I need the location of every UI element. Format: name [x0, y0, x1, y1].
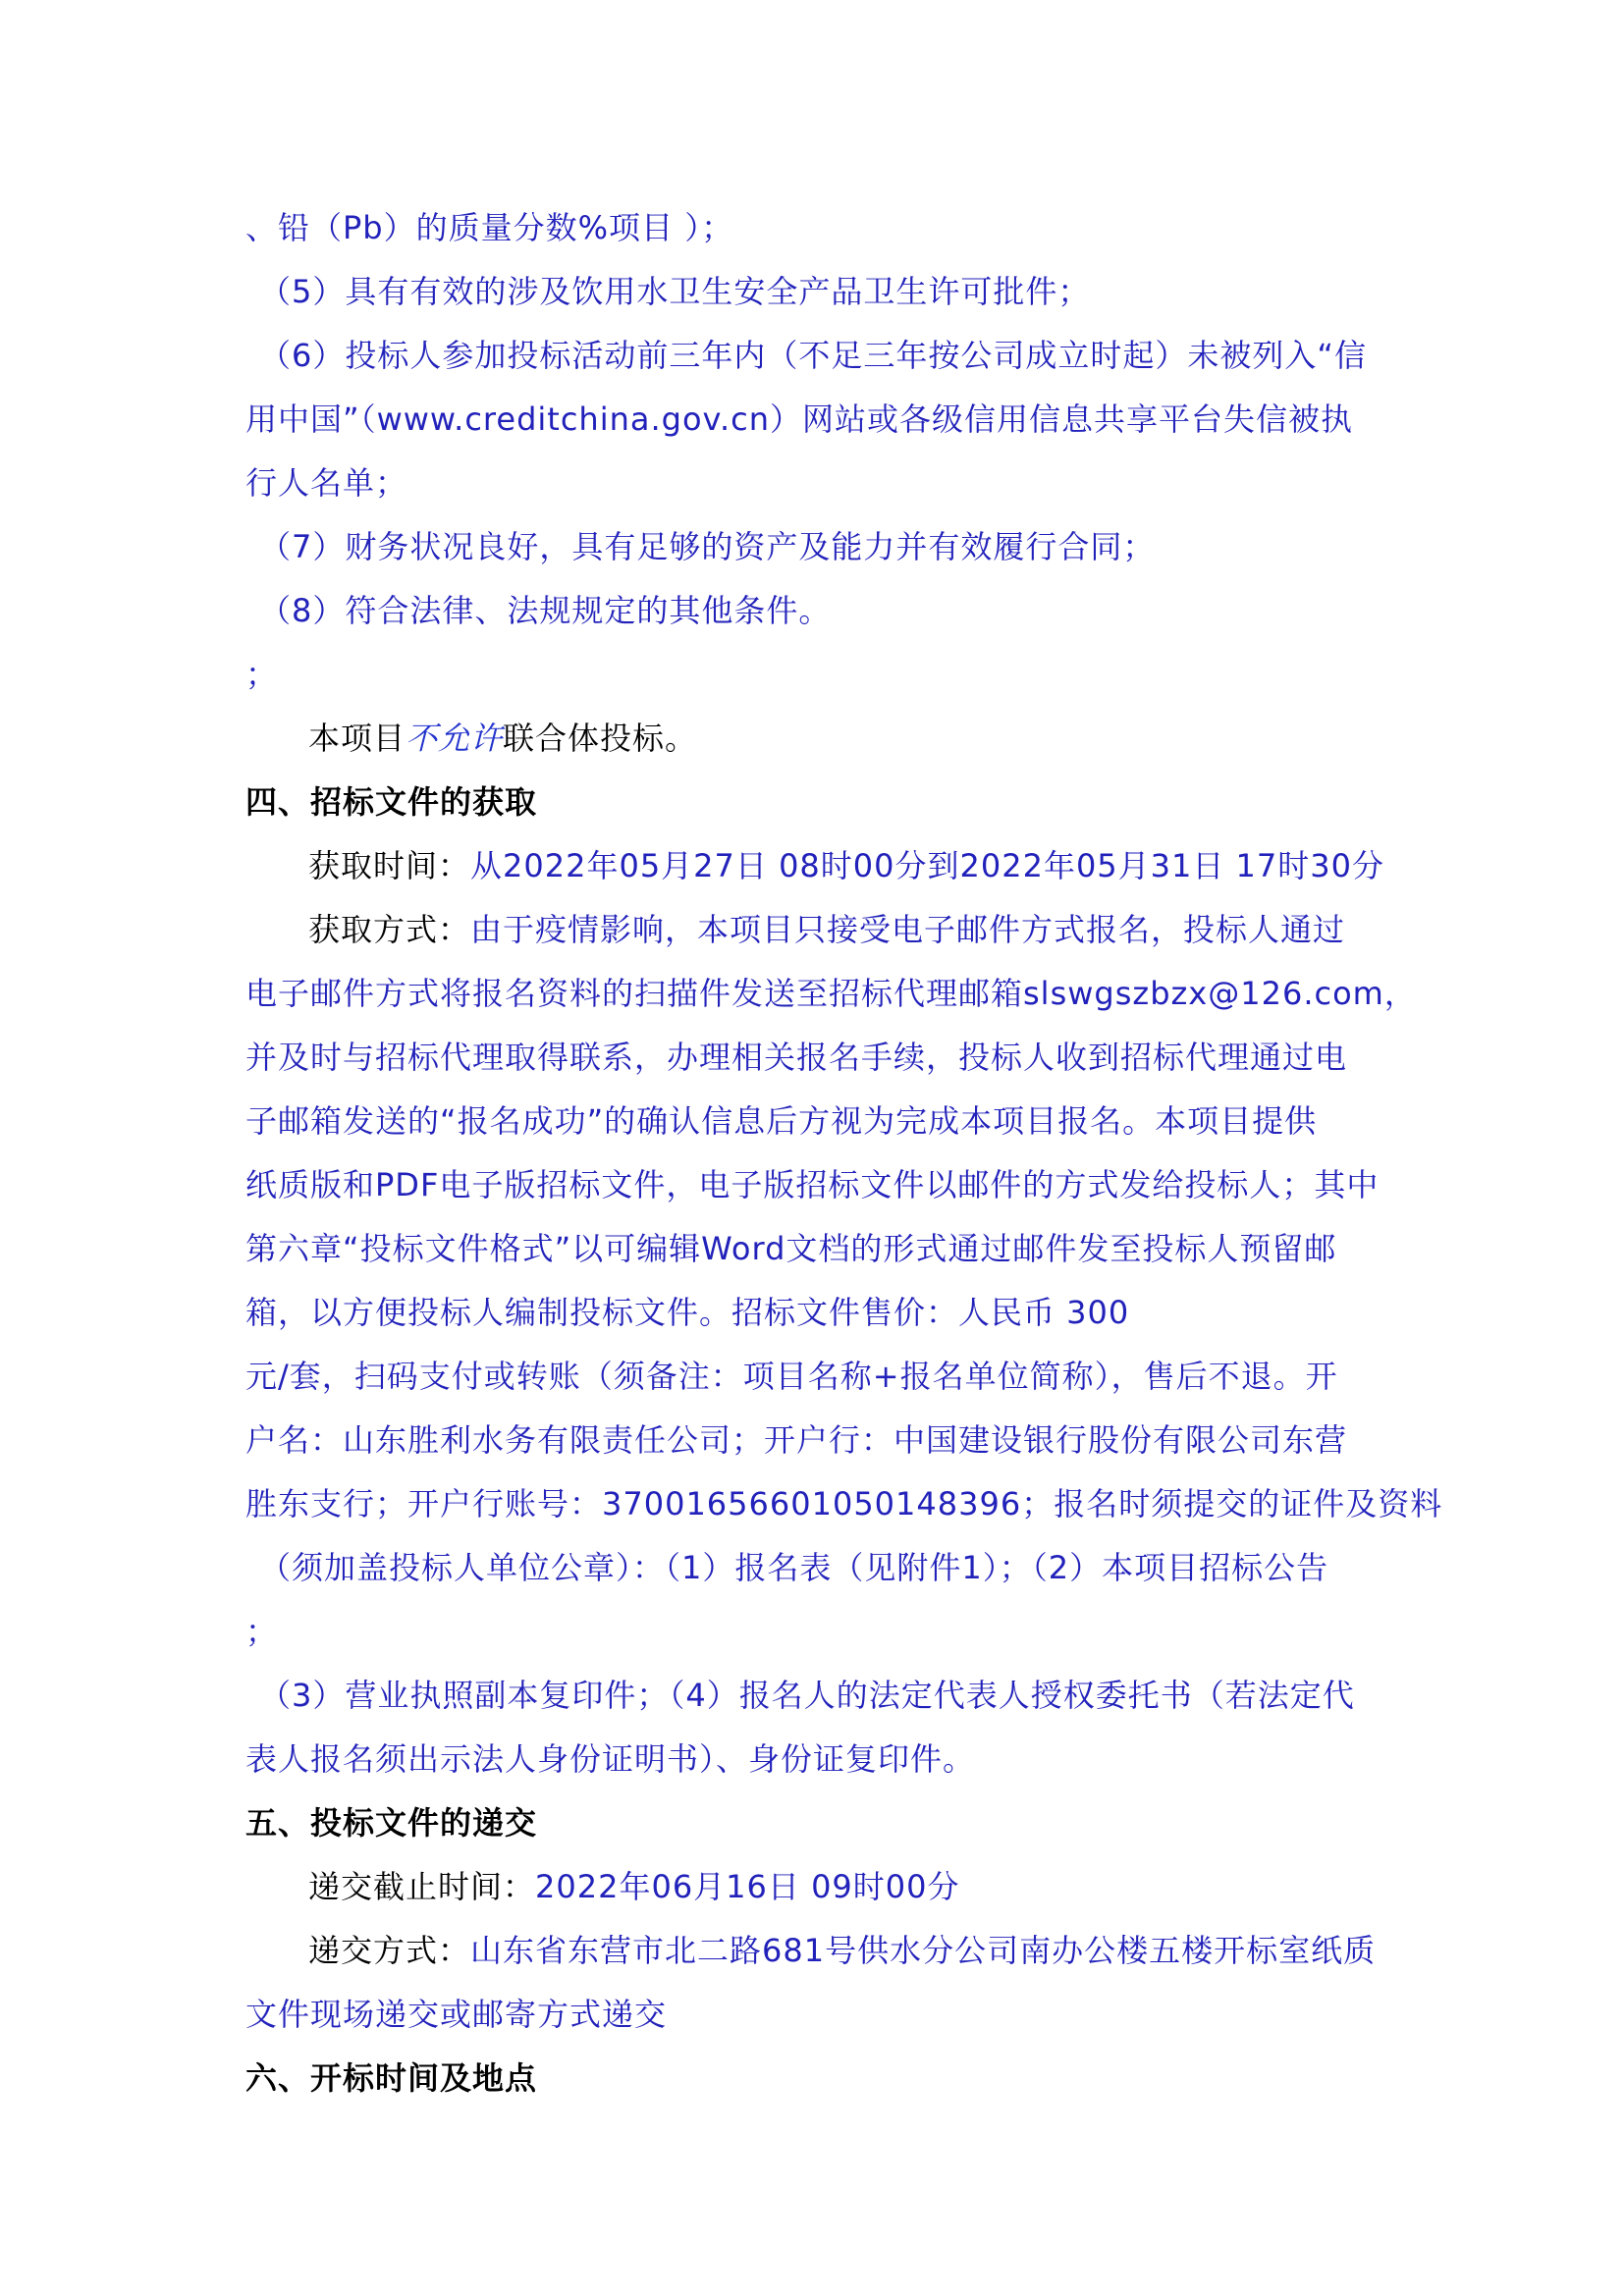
text-segment: ； [245, 656, 278, 693]
document-page: 、铅（Pb）的质量分数%项目 ）；（5）具有有效的涉及饮用水卫生安全产品卫生许可… [0, 0, 1624, 2296]
text-segment: 递交方式： [308, 1932, 470, 1969]
text-segment: 递交截止时间： [308, 1868, 535, 1905]
text-segment: 电子邮件方式将报名资料的扫描件发送至招标代理邮箱slswgszbzx@126.c… [245, 975, 1417, 1012]
document-line: （6）投标人参加投标活动前三年内（不足三年按公司成立时起）未被列入“信 [245, 324, 1473, 388]
document-line: 递交截止时间：2022年06月16日 09时00分 [245, 1855, 1473, 1919]
text-segment: 、铅（Pb）的质量分数%项目 ）； [245, 209, 733, 246]
text-segment: 山东省东营市北二路681号供水分公司南办公楼五楼开标室纸质 [470, 1932, 1376, 1969]
text-segment: 表人报名须出示法人身份证明书）、身份证复印件。 [245, 1740, 975, 1778]
document-line: 并及时与招标代理取得联系，办理相关报名手续，投标人收到招标代理通过电 [245, 1026, 1473, 1090]
text-segment: 元/套，扫码支付或转账（须备注：项目名称+报名单位简称），售后不退。开 [245, 1358, 1338, 1395]
document-line: ； [245, 1600, 1473, 1664]
document-line: 文件现场递交或邮寄方式递交 [245, 1983, 1473, 2047]
text-segment: （8）符合法律、法规规定的其他条件。 [259, 592, 831, 629]
text-segment: ； [245, 1613, 278, 1650]
document-line: ； [245, 643, 1473, 707]
document-line: 子邮箱发送的“报名成功”的确认信息后方视为完成本项目报名。本项目提供 [245, 1090, 1473, 1153]
document-line: 四、招标文件的获取 [245, 771, 1473, 834]
document-line: 胜东支行；开户行账号：37001656601050148396；报名时须提交的证… [245, 1472, 1473, 1536]
text-segment: 行人名单； [245, 464, 407, 502]
document-line: 纸质版和PDF电子版招标文件，电子版招标文件以邮件的方式发给投标人；其中 [245, 1153, 1473, 1217]
text-segment: 本项目 [308, 720, 406, 757]
document-line: （8）符合法律、法规规定的其他条件。 [245, 579, 1473, 643]
document-line: 第六章“投标文件格式”以可编辑Word文档的形式通过邮件发至投标人预留邮 [245, 1217, 1473, 1281]
document-line: 箱，以方便投标人编制投标文件。招标文件售价：人民币 300 [245, 1281, 1473, 1345]
text-segment: 从2022年05月27日 08时00分到2022年05月31日 17时30分 [470, 847, 1384, 884]
document-line: 递交方式：山东省东营市北二路681号供水分公司南办公楼五楼开标室纸质 [245, 1919, 1473, 1983]
text-segment: 第六章“投标文件格式”以可编辑Word文档的形式通过邮件发至投标人预留邮 [245, 1230, 1336, 1267]
document-line: 元/套，扫码支付或转账（须备注：项目名称+报名单位简称），售后不退。开 [245, 1345, 1473, 1409]
document-line: 表人报名须出示法人身份证明书）、身份证复印件。 [245, 1728, 1473, 1791]
text-segment: 四、招标文件的获取 [245, 783, 537, 821]
document-line: 用中国”（www.creditchina.gov.cn）网站或各级信用信息共享平… [245, 388, 1473, 452]
document-line: （7）财务状况良好，具有足够的资产及能力并有效履行合同； [245, 515, 1473, 579]
document-line: （5）具有有效的涉及饮用水卫生安全产品卫生许可批件； [245, 260, 1473, 324]
document-body: 、铅（Pb）的质量分数%项目 ）；（5）具有有效的涉及饮用水卫生安全产品卫生许可… [245, 196, 1473, 2110]
document-line: （3）营业执照副本复印件；（4）报名人的法定代表人授权委托书（若法定代 [245, 1664, 1473, 1728]
text-segment: 不允许 [406, 720, 503, 757]
document-line: 获取时间：从2022年05月27日 08时00分到2022年05月31日 17时… [245, 834, 1473, 898]
text-segment: 获取方式： [308, 911, 470, 948]
document-line: 五、投标文件的递交 [245, 1791, 1473, 1855]
text-segment: 由于疫情影响，本项目只接受电子邮件方式报名，投标人通过 [470, 911, 1345, 948]
text-segment: 并及时与招标代理取得联系，办理相关报名手续，投标人收到招标代理通过电 [245, 1039, 1347, 1076]
text-segment: （须加盖投标人单位公章）：（1）报名表（见附件1）；（2）本项目招标公告 [259, 1549, 1328, 1586]
document-line: 获取方式：由于疫情影响，本项目只接受电子邮件方式报名，投标人通过 [245, 898, 1473, 962]
document-line: 六、开标时间及地点 [245, 2047, 1473, 2110]
text-segment: 胜东支行；开户行账号：37001656601050148396；报名时须提交的证… [245, 1485, 1442, 1522]
document-line: 本项目不允许联合体投标。 [245, 707, 1473, 771]
text-segment: 联合体投标。 [503, 720, 697, 757]
text-segment: 箱，以方便投标人编制投标文件。招标文件售价：人民币 300 [245, 1294, 1129, 1331]
text-segment: 获取时间： [308, 847, 470, 884]
document-line: 行人名单； [245, 452, 1473, 515]
document-line: 电子邮件方式将报名资料的扫描件发送至招标代理邮箱slswgszbzx@126.c… [245, 962, 1473, 1026]
text-segment: 六、开标时间及地点 [245, 2059, 537, 2097]
text-segment: （5）具有有效的涉及饮用水卫生安全产品卫生许可批件； [259, 273, 1090, 310]
text-segment: 五、投标文件的递交 [245, 1804, 537, 1842]
text-segment: （7）财务状况良好，具有足够的资产及能力并有效履行合同； [259, 528, 1155, 565]
text-segment: 2022年06月16日 09时00分 [535, 1868, 960, 1905]
text-segment: 文件现场递交或邮寄方式递交 [245, 1996, 667, 2033]
text-segment: 户名：山东胜利水务有限责任公司；开户行：中国建设银行股份有限公司东营 [245, 1421, 1347, 1459]
text-segment: 用中国”（www.creditchina.gov.cn）网站或各级信用信息共享平… [245, 400, 1353, 438]
document-line: 户名：山东胜利水务有限责任公司；开户行：中国建设银行股份有限公司东营 [245, 1409, 1473, 1472]
text-segment: （3）营业执照副本复印件；（4）报名人的法定代表人授权委托书（若法定代 [259, 1677, 1355, 1714]
document-line: （须加盖投标人单位公章）：（1）报名表（见附件1）；（2）本项目招标公告 [245, 1536, 1473, 1600]
text-segment: 子邮箱发送的“报名成功”的确认信息后方视为完成本项目报名。本项目提供 [245, 1102, 1317, 1140]
document-line: 、铅（Pb）的质量分数%项目 ）； [245, 196, 1473, 260]
text-segment: （6）投标人参加投标活动前三年内（不足三年按公司成立时起）未被列入“信 [259, 337, 1367, 374]
text-segment: 纸质版和PDF电子版招标文件，电子版招标文件以邮件的方式发给投标人；其中 [245, 1166, 1379, 1203]
